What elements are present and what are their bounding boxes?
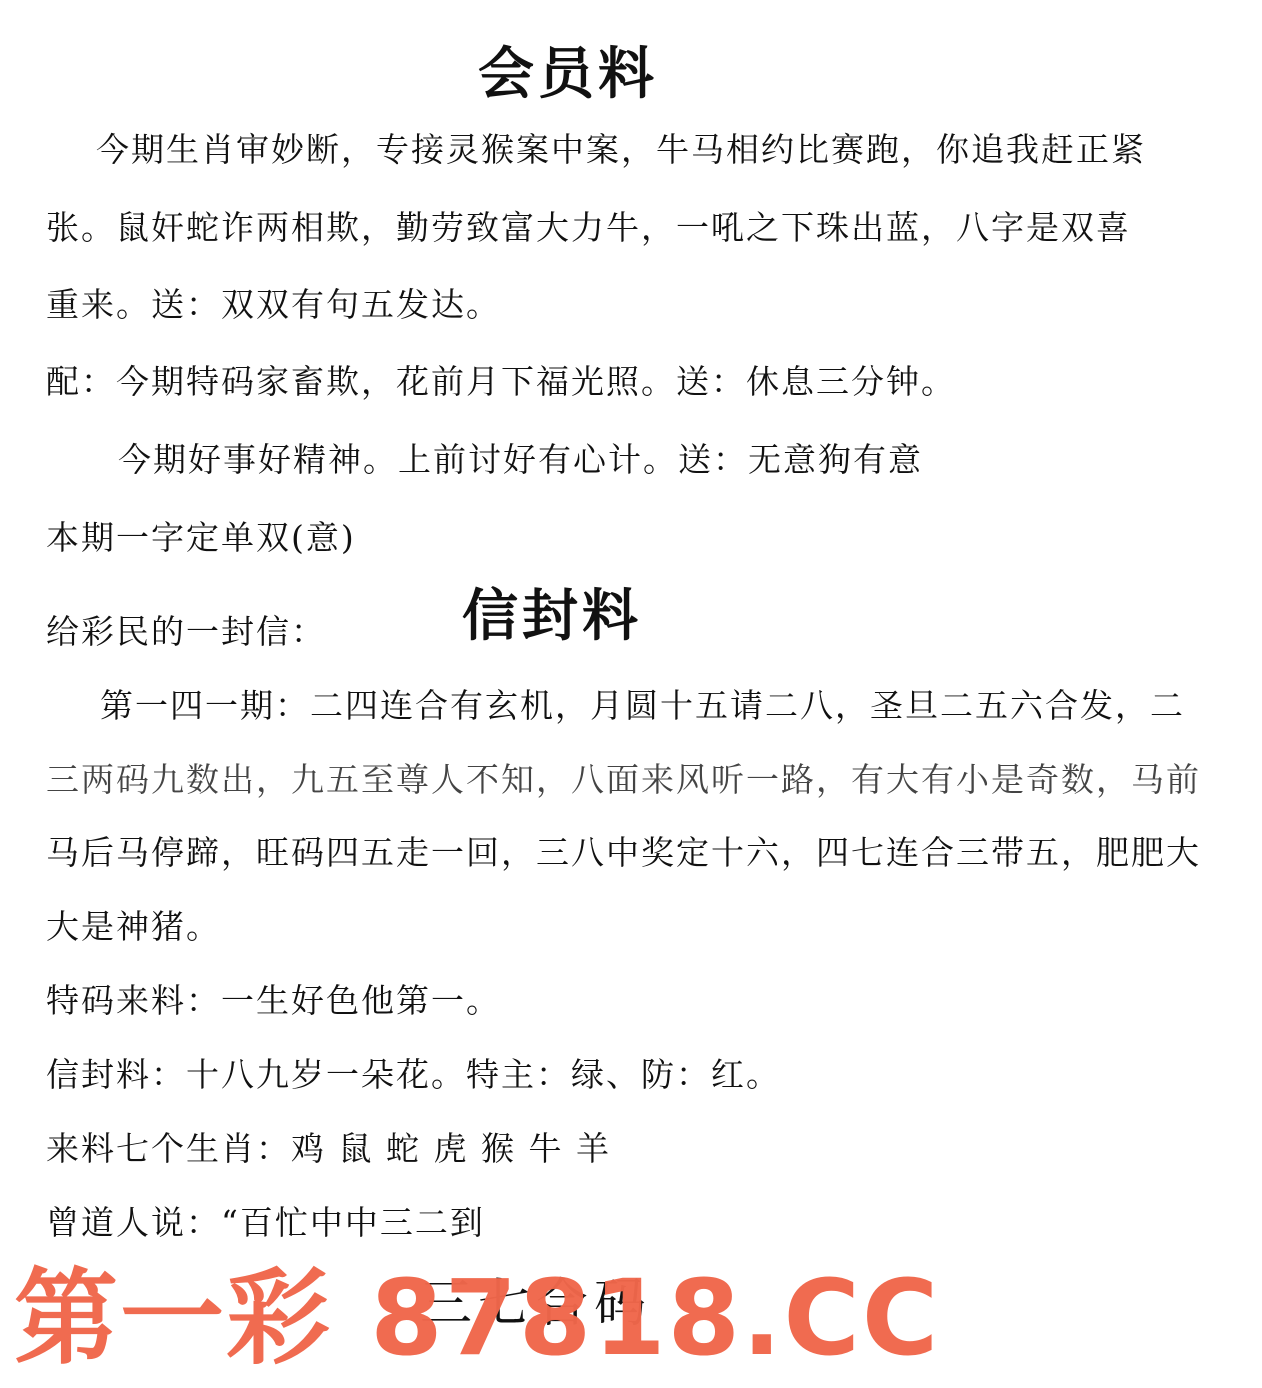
watermark-text: 第一彩 87818.CC — [14, 1258, 940, 1378]
member-paragraph-line-2: 张。鼠奸蛇诈两相欺，勤劳致富大力牛，一吼之下珠出蓝，八字是双喜 — [46, 208, 1131, 248]
envelope-paragraph-line-3: 马后马停蹄，旺码四五走一回，三八中奖定十六，四七连合三带五，肥肥大 — [46, 833, 1201, 873]
member-section-title: 会员料 — [478, 42, 658, 106]
envelope-paragraph-line-2: 三两码九数出，九五至尊人不知，八面来风听一路，有大有小是奇数，马前 — [46, 760, 1201, 800]
member-paragraph-line-1: 今期生肖审妙断，专接灵猴案中案，牛马相约比赛跑，你追我赶正紧 — [96, 130, 1146, 170]
envelope-line: 信封料：十八九岁一朵花。特主：绿、防：红。 — [46, 1055, 781, 1095]
envelope-paragraph-line-1: 第一四一期：二四连合有玄机，月圆十五请二八，圣旦二五六合发，二 — [100, 686, 1185, 726]
envelope-paragraph-line-4: 大是神猪。 — [46, 907, 221, 947]
special-code-line: 特码来料：一生好色他第一。 — [46, 981, 501, 1021]
letter-label: 给彩民的一封信： — [46, 612, 326, 652]
envelope-section-title: 信封料 — [462, 584, 642, 648]
quote-line: 曾道人说：“百忙中中三二到 — [46, 1203, 485, 1243]
indent-line: 今期好事好精神。上前讨好有心计。送：无意狗有意 — [118, 440, 923, 480]
pair-line: 配：今期特码家畜欺，花前月下福光照。送：休息三分钟。 — [46, 362, 956, 402]
member-paragraph-line-3: 重来。送：双双有句五发达。 — [46, 285, 501, 325]
odd-even-line: 本期一字定单双(意) — [46, 518, 356, 558]
zodiac-line: 来料七个生肖：鸡 鼠 蛇 虎 猴 牛 羊 — [46, 1129, 611, 1169]
